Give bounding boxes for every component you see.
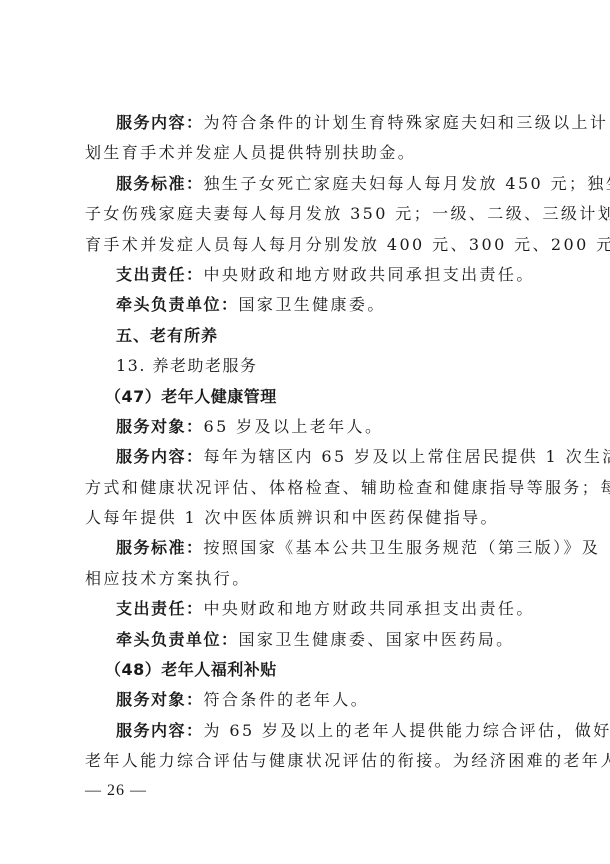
paragraph-line: 子女伤残家庭夫妻每人每月发放 350 元；一级、二级、三级计划生 xyxy=(85,199,527,229)
field-text: 中央财政和地方财政共同承担支出责任。 xyxy=(204,599,535,618)
sub-heading: 13. 养老助老服务 xyxy=(85,351,527,381)
field-label: 服务内容： xyxy=(116,113,204,132)
field-text: 按照国家《基本公共卫生服务规范（第三版）》及 xyxy=(204,538,601,557)
paragraph-line: 划生育手术并发症人员提供特别扶助金。 xyxy=(85,138,527,168)
field-text: 65 岁及以上老年人。 xyxy=(204,417,384,436)
field-label: 服务内容： xyxy=(116,447,204,466)
paragraph-line: 服务内容：为 65 岁及以上的老年人提供能力综合评估，做好 xyxy=(85,716,527,746)
field-label: 牵头负责单位： xyxy=(116,630,239,649)
field-text: 独生子女死亡家庭夫妇每人每月发放 450 元；独生 xyxy=(204,174,610,193)
field-text: 国家卫生健康委。 xyxy=(239,295,386,314)
paragraph-line: 相应技术方案执行。 xyxy=(85,564,527,594)
paragraph-line: 服务标准：独生子女死亡家庭夫妇每人每月发放 450 元；独生 xyxy=(85,169,527,199)
field-label: 服务对象： xyxy=(116,690,204,709)
paragraph-line: 支出责任：中央财政和地方财政共同承担支出责任。 xyxy=(85,594,527,624)
paragraph-line: 服务对象：65 岁及以上老年人。 xyxy=(85,412,527,442)
paragraph-line: 服务标准：按照国家《基本公共卫生服务规范（第三版）》及 xyxy=(85,533,527,563)
field-label: 服务对象： xyxy=(116,417,204,436)
page-number: — 26 — xyxy=(85,782,147,800)
item-heading: （48）老年人福利补贴 xyxy=(85,655,527,685)
field-text: 中央财政和地方财政共同承担支出责任。 xyxy=(204,265,535,284)
field-text: 为符合条件的计划生育特殊家庭夫妇和三级以上计 xyxy=(204,113,609,132)
field-label: 支出责任： xyxy=(116,265,204,284)
paragraph-line: 支出责任：中央财政和地方财政共同承担支出责任。 xyxy=(85,260,527,290)
field-label: 牵头负责单位： xyxy=(116,295,239,314)
field-label: 服务标准： xyxy=(116,174,204,193)
document-page: 服务内容：为符合条件的计划生育特殊家庭夫妇和三级以上计 划生育手术并发症人员提供… xyxy=(85,108,527,777)
field-text: 为 65 岁及以上的老年人提供能力综合评估，做好 xyxy=(204,721,610,740)
field-text: 符合条件的老年人。 xyxy=(204,690,370,709)
paragraph-line: 方式和健康状况评估、体格检查、辅助检查和健康指导等服务；每 xyxy=(85,473,527,503)
field-text: 每年为辖区内 65 岁及以上常住居民提供 1 次生活 xyxy=(204,447,610,466)
paragraph-line: 服务对象：符合条件的老年人。 xyxy=(85,685,527,715)
paragraph-line: 服务内容：每年为辖区内 65 岁及以上常住居民提供 1 次生活 xyxy=(85,442,527,472)
paragraph-line: 牵头负责单位：国家卫生健康委、国家中医药局。 xyxy=(85,625,527,655)
field-label: 支出责任： xyxy=(116,599,204,618)
field-label: 服务内容： xyxy=(116,721,204,740)
field-label: 服务标准： xyxy=(116,538,204,557)
paragraph-line: 育手术并发症人员每人每月分别发放 400 元、300 元、200 元。 xyxy=(85,230,527,260)
paragraph-line: 牵头负责单位：国家卫生健康委。 xyxy=(85,290,527,320)
item-heading: （47）老年人健康管理 xyxy=(85,382,527,412)
paragraph-line: 人每年提供 1 次中医体质辨识和中医药保健指导。 xyxy=(85,503,527,533)
section-heading: 五、老有所养 xyxy=(85,321,527,351)
paragraph-line: 服务内容：为符合条件的计划生育特殊家庭夫妇和三级以上计 xyxy=(85,108,527,138)
paragraph-line: 老年人能力综合评估与健康状况评估的衔接。为经济困难的老年人 xyxy=(85,746,527,776)
field-text: 国家卫生健康委、国家中医药局。 xyxy=(239,630,515,649)
